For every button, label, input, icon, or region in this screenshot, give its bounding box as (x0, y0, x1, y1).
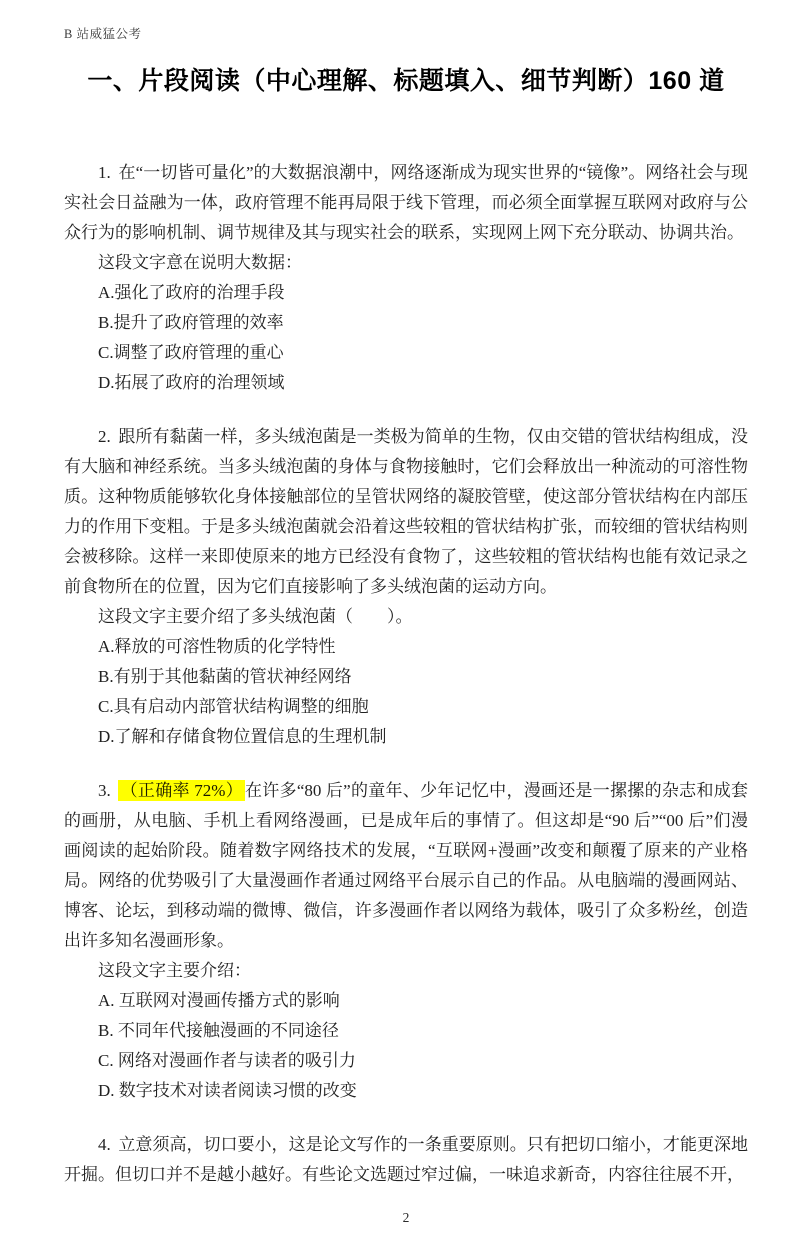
section-title: 一、片段阅读（中心理解、标题填入、细节判断）160 道 (64, 64, 748, 98)
question-body: 4.立意须高，切口要小，这是论文写作的一条重要原则。只有把切口缩小，才能更深地开… (64, 1130, 748, 1190)
question-text: 跟所有黏菌一样，多头绒泡菌是一类极为简单的生物，仅由交错的管状结构组成，没有大脑… (64, 427, 748, 596)
option-d: D. 数字技术对读者阅读习惯的改变 (64, 1076, 748, 1106)
question-stem: 这段文字主要介绍了多头绒泡菌（ ）。 (64, 602, 748, 632)
option-b: B.有别于其他黏菌的管状神经网络 (64, 662, 748, 692)
question-number: 1. (98, 163, 111, 182)
question-3: 3.（正确率 72%）在许多“80 后”的童年、少年记忆中，漫画还是一摞摞的杂志… (64, 776, 748, 1106)
question-body: 2.跟所有黏菌一样，多头绒泡菌是一类极为简单的生物，仅由交错的管状结构组成，没有… (64, 422, 748, 602)
document-page: B 站威猛公考 一、片段阅读（中心理解、标题填入、细节判断）160 道 1.在“… (0, 0, 812, 1244)
question-2: 2.跟所有黏菌一样，多头绒泡菌是一类极为简单的生物，仅由交错的管状结构组成，没有… (64, 422, 748, 752)
question-text: 在“一切皆可量化”的大数据浪潮中，网络逐渐成为现实世界的“镜像”。网络社会与现实… (64, 163, 748, 242)
question-body: 3.（正确率 72%）在许多“80 后”的童年、少年记忆中，漫画还是一摞摞的杂志… (64, 776, 748, 956)
accuracy-highlight: （正确率 72%） (118, 780, 245, 801)
question-4: 4.立意须高，切口要小，这是论文写作的一条重要原则。只有把切口缩小，才能更深地开… (64, 1130, 748, 1190)
option-a: A.强化了政府的治理手段 (64, 278, 748, 308)
option-b: B. 不同年代接触漫画的不同途径 (64, 1016, 748, 1046)
question-stem: 这段文字意在说明大数据： (64, 248, 748, 278)
page-number: 2 (0, 1210, 812, 1226)
option-c: C.调整了政府管理的重心 (64, 338, 748, 368)
option-a: A. 互联网对漫画传播方式的影响 (64, 986, 748, 1016)
option-d: D.了解和存储食物位置信息的生理机制 (64, 722, 748, 752)
question-stem: 这段文字主要介绍： (64, 956, 748, 986)
question-number: 2. (98, 427, 111, 446)
option-c: C.具有启动内部管状结构调整的细胞 (64, 692, 748, 722)
option-a: A.释放的可溶性物质的化学特性 (64, 632, 748, 662)
header-brand: B 站威猛公考 (64, 26, 748, 42)
question-number: 4. (98, 1135, 111, 1154)
option-d: D.拓展了政府的治理领域 (64, 368, 748, 398)
question-text: 在许多“80 后”的童年、少年记忆中，漫画还是一摞摞的杂志和成套的画册，从电脑、… (64, 781, 748, 950)
option-c: C. 网络对漫画作者与读者的吸引力 (64, 1046, 748, 1076)
question-number: 3. (98, 781, 111, 800)
question-body: 1.在“一切皆可量化”的大数据浪潮中，网络逐渐成为现实世界的“镜像”。网络社会与… (64, 158, 748, 248)
questions-list: 1.在“一切皆可量化”的大数据浪潮中，网络逐渐成为现实世界的“镜像”。网络社会与… (64, 158, 748, 1190)
option-b: B.提升了政府管理的效率 (64, 308, 748, 338)
question-1: 1.在“一切皆可量化”的大数据浪潮中，网络逐渐成为现实世界的“镜像”。网络社会与… (64, 158, 748, 398)
question-text: 立意须高，切口要小，这是论文写作的一条重要原则。只有把切口缩小，才能更深地开掘。… (64, 1135, 748, 1184)
